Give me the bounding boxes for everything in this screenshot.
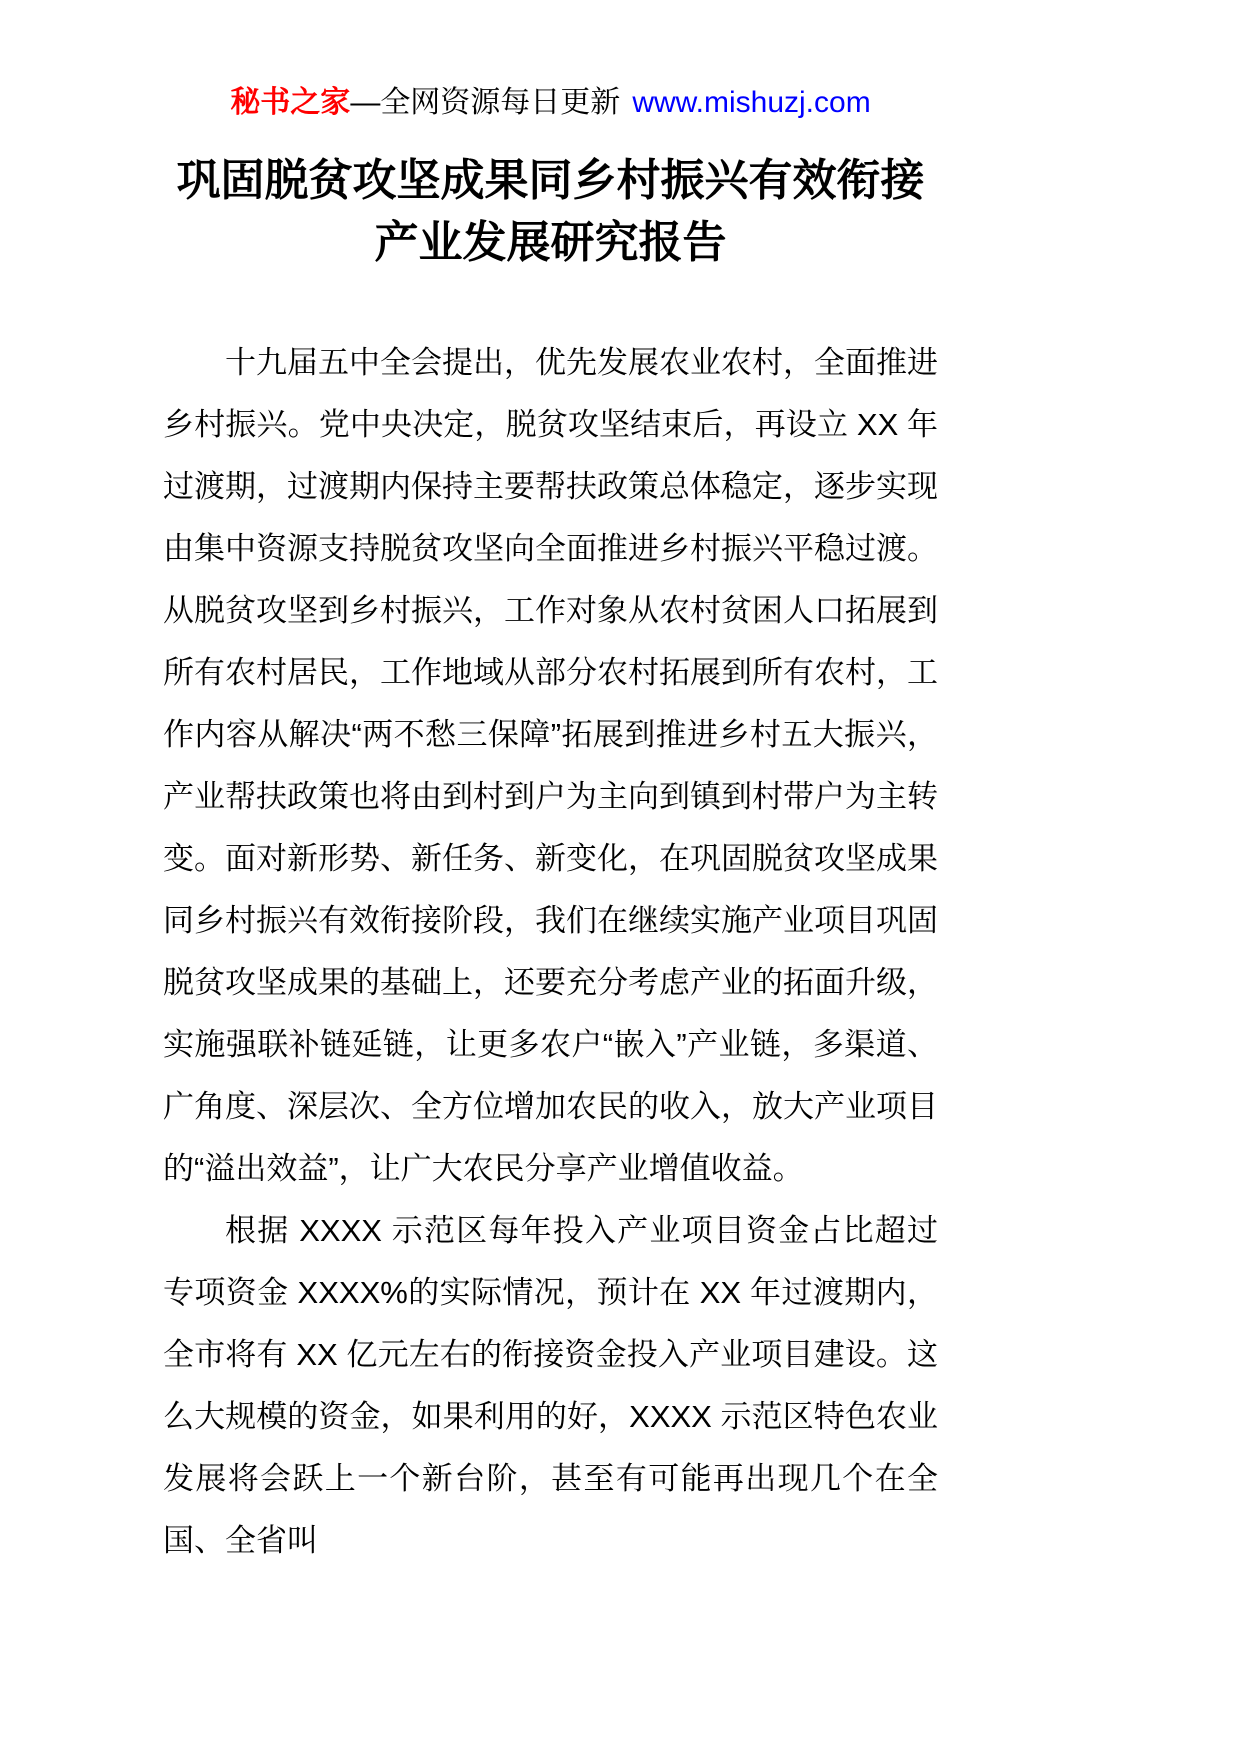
document-body: 十九届五中全会提出，优先发展农业农村，全面推进乡村振兴。党中央决定，脱贫攻坚结束… — [163, 332, 938, 1572]
title-line-2: 产业发展研究报告 — [163, 212, 938, 274]
site-url-link[interactable]: www.mishuzj.com — [632, 86, 870, 119]
paragraph-1: 十九届五中全会提出，优先发展农业农村，全面推进乡村振兴。党中央决定，脱贫攻坚结束… — [163, 332, 938, 1200]
paragraph-2: 根据 XXXX 示范区每年投入产业项目资金占比超过专项资金 XXXX%的实际情况… — [163, 1200, 938, 1572]
document-page: 秘书之家—全网资源每日更新www.mishuzj.com 巩固脱贫攻坚成果同乡村… — [0, 0, 1240, 1754]
site-brand: 秘书之家 — [230, 86, 350, 119]
title-line-1: 巩固脱贫攻坚成果同乡村振兴有效衔接 — [163, 150, 938, 212]
header-separator: — — [350, 86, 380, 119]
site-header: 秘书之家—全网资源每日更新www.mishuzj.com — [163, 82, 938, 124]
header-tagline: 全网资源每日更新 — [380, 86, 620, 119]
document-title: 巩固脱贫攻坚成果同乡村振兴有效衔接 产业发展研究报告 — [163, 150, 938, 274]
